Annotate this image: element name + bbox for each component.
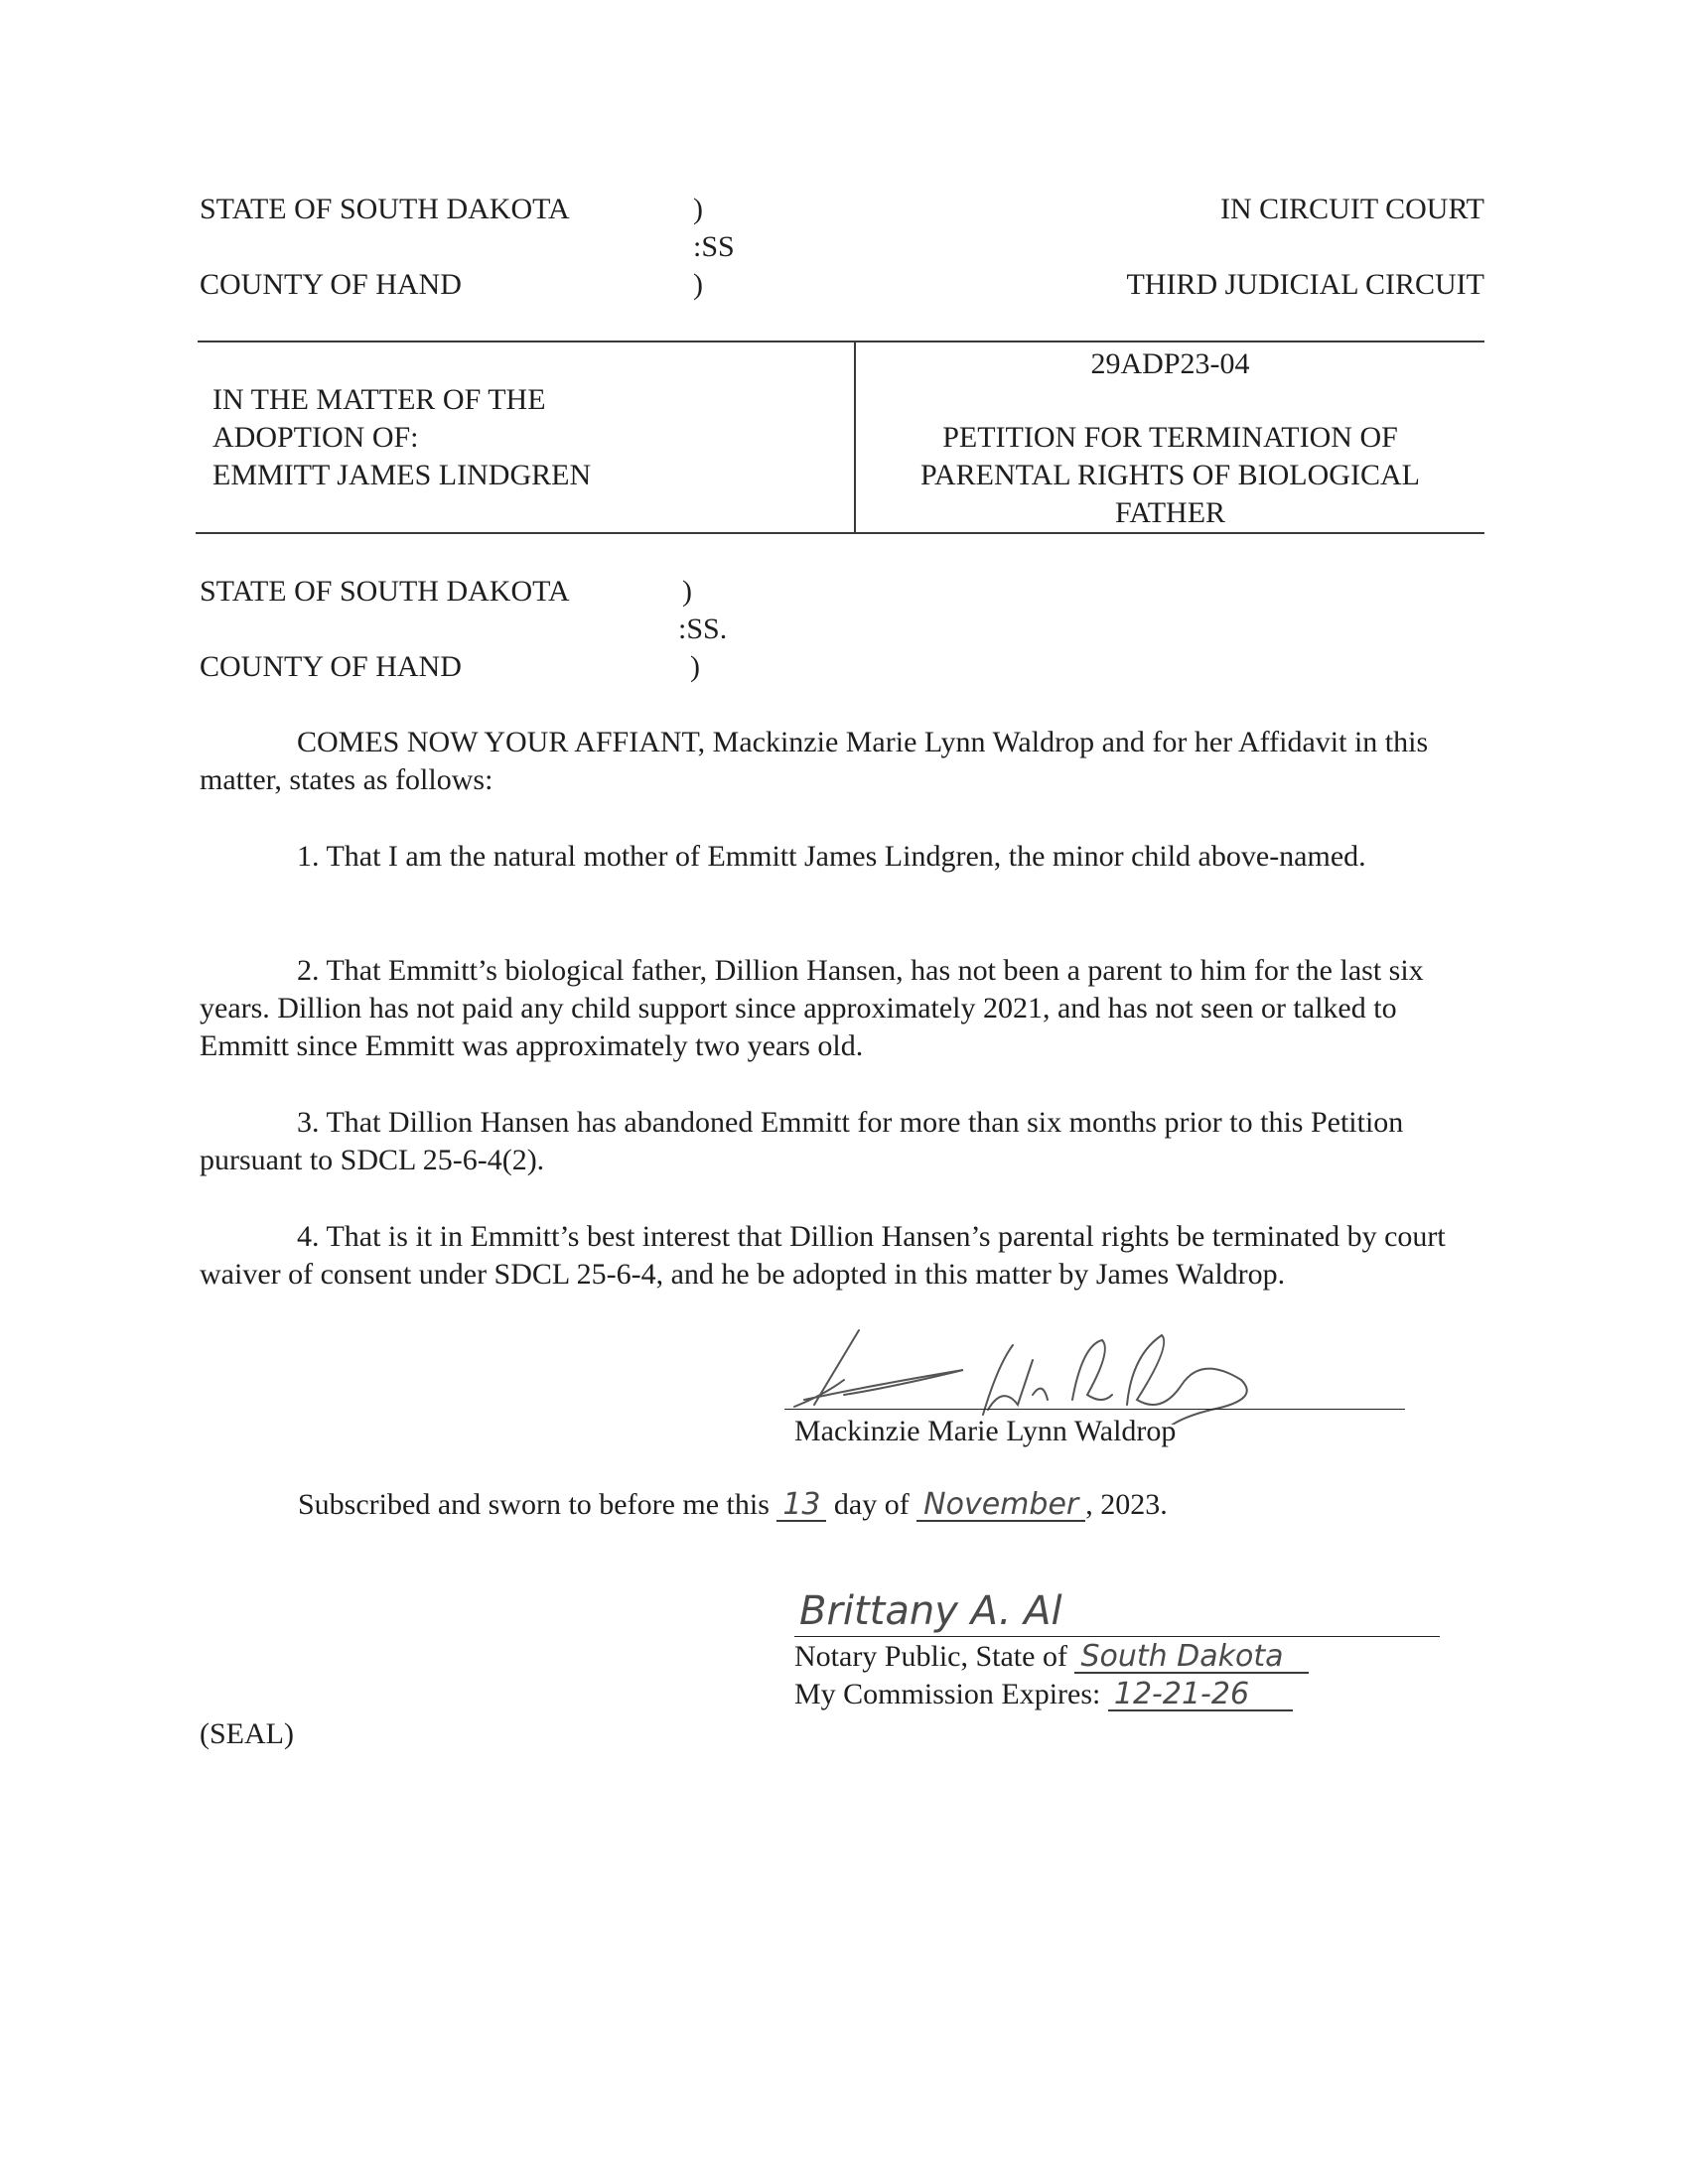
case-number: 29ADP23-04 [856,345,1484,383]
paragraph-text: 4. That is it in Emmitt’s best interest … [200,1220,1446,1291]
intro-text: COMES NOW YOUR AFFIANT, Mackinzie Marie … [200,726,1428,796]
jurat-month-field[interactable]: November [916,1490,1085,1522]
paragraph-2: 2. That Emmitt’s biological father, Dill… [200,952,1485,1065]
jurat-middle: day of [834,1488,910,1521]
affiant-name: Mackinzie Marie Lynn Waldrop [794,1413,1176,1450]
notary-expires-row: My Commission Expires: 12-21-26 [794,1676,1293,1713]
case-box-top-rule [198,341,1484,342]
matter-line: ADOPTION OF: [212,419,591,457]
matter-caption: IN THE MATTER OF THE ADOPTION OF: EMMITT… [212,381,591,494]
title-line: PARENTAL RIGHTS OF BIOLOGICAL [856,457,1484,494]
venue-paren-close: ) [690,648,700,686]
document-title: PETITION FOR TERMINATION OF PARENTAL RIG… [856,419,1484,532]
paragraph-3: 3. That Dillion Hansen has abandoned Emm… [200,1104,1485,1179]
title-line: FATHER [856,494,1484,532]
intro-paragraph: COMES NOW YOUR AFFIANT, Mackinzie Marie … [200,724,1485,799]
jurat-line: Subscribed and sworn to before me this 1… [298,1486,1168,1524]
case-box-bottom-rule [196,532,1484,534]
court-name: IN CIRCUIT COURT [1220,191,1484,228]
seal-label: (SEAL) [200,1715,294,1753]
notary-state-label: Notary Public, State of [794,1640,1067,1673]
paragraph-1: 1. That I am the natural mother of Emmit… [200,838,1485,876]
venue-ss: :SS. [678,611,727,648]
caption-state: STATE OF SOUTH DAKOTA [200,191,570,228]
notary-expires-label: My Commission Expires: [794,1678,1100,1710]
notary-state-field[interactable]: South Dakota [1074,1642,1309,1674]
matter-line: EMMITT JAMES LINDGREN [212,457,591,494]
caption-paren-open: ) [693,191,703,228]
notary-signature-line [794,1636,1440,1637]
paragraph-4: 4. That is it in Emmitt’s best interest … [200,1218,1485,1294]
caption-ss: :SS [693,228,735,266]
venue-state: STATE OF SOUTH DAKOTA [200,573,570,611]
paragraph-text: 2. That Emmitt’s biological father, Dill… [200,954,1424,1062]
caption-paren-close: ) [693,266,703,304]
paragraph-text: 3. That Dillion Hansen has abandoned Emm… [200,1106,1403,1176]
matter-line: IN THE MATTER OF THE [212,381,591,419]
circuit-name: THIRD JUDICIAL CIRCUIT [1126,266,1484,304]
jurat-prefix: Subscribed and sworn to before me this [298,1488,770,1521]
notary-signature: Brittany A. Al [799,1586,1062,1636]
venue-county: COUNTY OF HAND [200,648,462,686]
venue-paren-open: ) [682,573,692,611]
notary-expires-field[interactable]: 12-21-26 [1108,1680,1293,1711]
paragraph-text: 1. That I am the natural mother of Emmit… [297,840,1366,873]
jurat-suffix: , 2023. [1085,1488,1168,1521]
caption-county: COUNTY OF HAND [200,266,462,304]
jurat-day-field[interactable]: 13 [776,1490,826,1522]
affiant-signature-scribble [784,1325,1301,1425]
title-line: PETITION FOR TERMINATION OF [856,419,1484,457]
notary-state-row: Notary Public, State of South Dakota [794,1638,1309,1676]
affiant-signature-line [784,1409,1405,1410]
